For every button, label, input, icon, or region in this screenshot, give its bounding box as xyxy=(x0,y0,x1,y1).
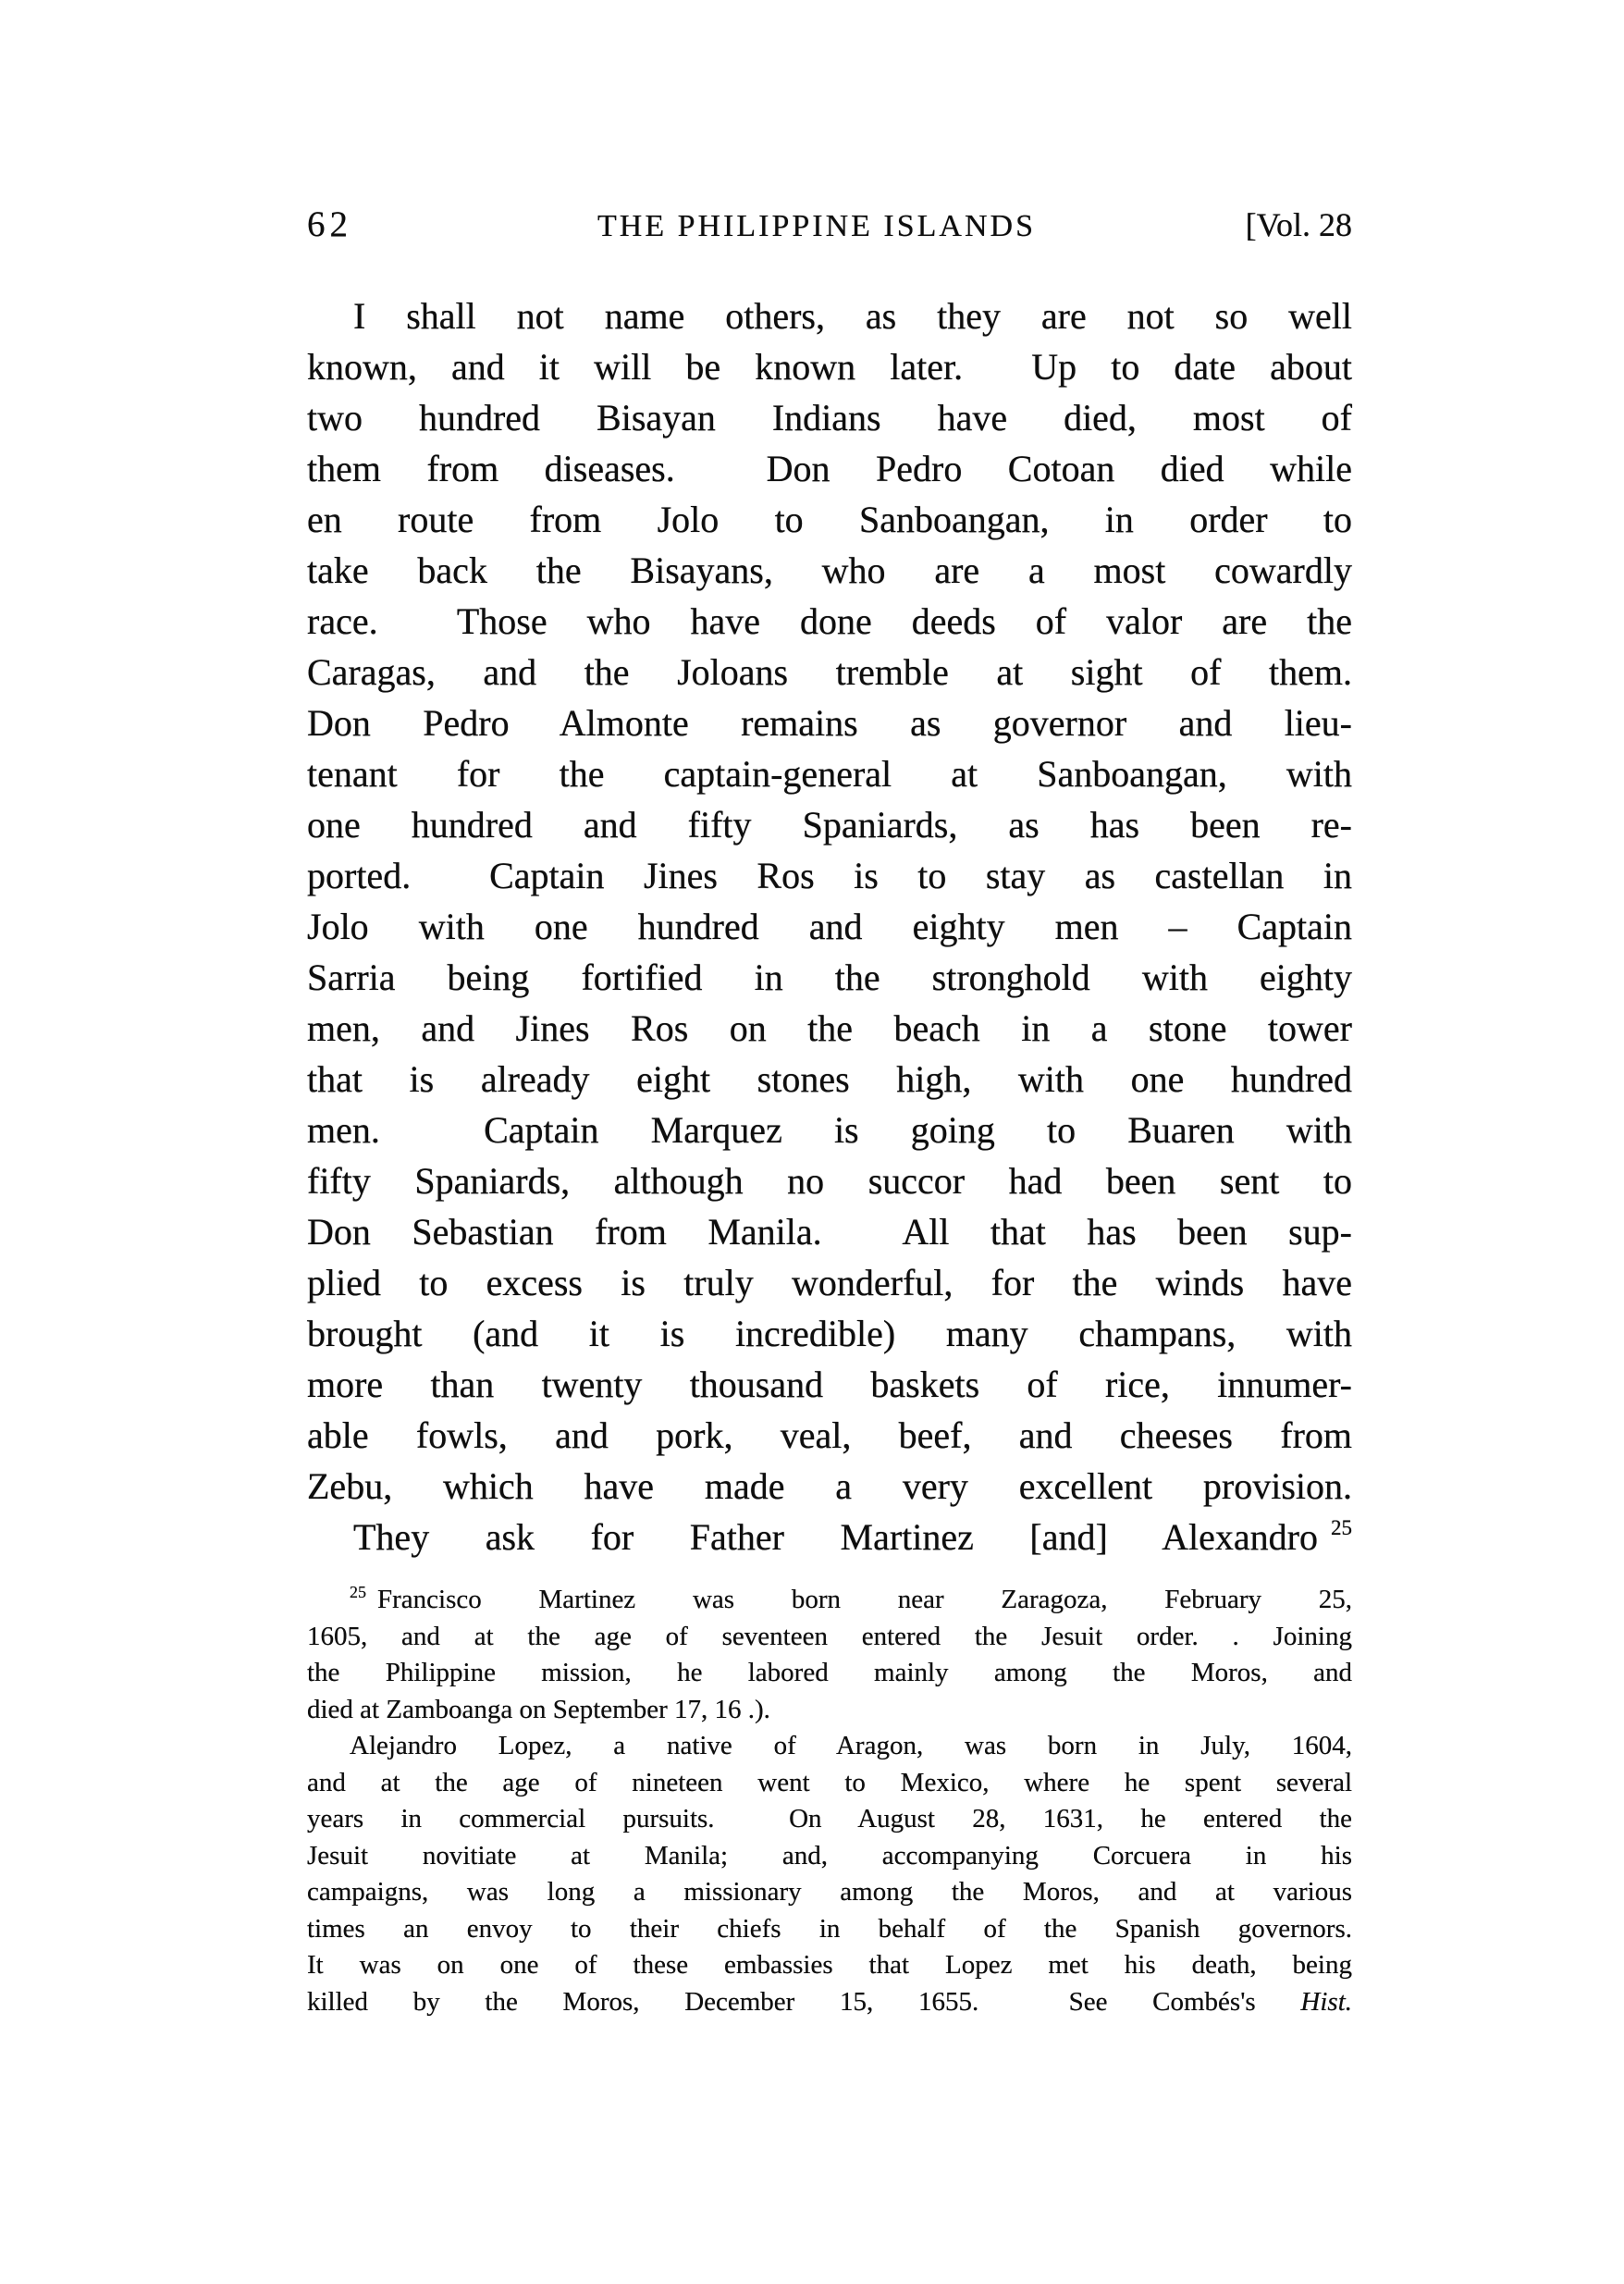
footnote-text-line: times an envoy to their chiefs in behalf… xyxy=(307,1911,1352,1948)
footnote-text-line: Jesuit novitiate at Manila; and, accompa… xyxy=(307,1838,1352,1875)
body-text-line: fifty Spaniards, although no succor had … xyxy=(307,1155,1352,1206)
body-paragraph-2-text: They ask for Father Martinez [and] Alexa… xyxy=(353,1516,1318,1558)
footnote-line-text: Francisco Martinez was born near Zaragoz… xyxy=(377,1585,1352,1614)
body-text-line: They ask for Father Martinez [and] Alexa… xyxy=(307,1512,1352,1562)
footnote-text-line: campaigns, was long a missionary among t… xyxy=(307,1874,1352,1911)
body-text-line: men. Captain Marquez is going to Buaren … xyxy=(307,1105,1352,1155)
text-block: 62 THE PHILIPPINE ISLANDS [Vol. 28 I sha… xyxy=(307,204,1352,2020)
footnote-hist-italic: Hist. xyxy=(1300,1987,1352,2017)
body-text-line: I shall not name others, as they are not… xyxy=(307,290,1352,341)
footnote-block: 25Francisco Martinez was born near Zarag… xyxy=(307,1582,1352,2020)
body-paragraph-1: I shall not name others, as they are not… xyxy=(307,290,1352,1512)
body-paragraph-2: They ask for Father Martinez [and] Alexa… xyxy=(307,1512,1352,1562)
body-text-line: that is already eight stones high, with … xyxy=(307,1054,1352,1105)
footnote-text-line: died at Zamboanga on September 17, 16 .)… xyxy=(307,1692,1352,1729)
footnote-paragraph-1: 25Francisco Martinez was born near Zarag… xyxy=(307,1582,1352,1728)
footnote-text-line: It was on one of these embassies that Lo… xyxy=(307,1947,1352,1984)
footnote-paragraph-2: Alejandro Lopez, a native of Aragon, was… xyxy=(307,1728,1352,2020)
body-text-line: Jolo with one hundred and eighty men – C… xyxy=(307,901,1352,952)
body-text-line: Don Sebastian from Manila. All that has … xyxy=(307,1206,1352,1257)
body-text-line: en route from Jolo to Sanboangan, in ord… xyxy=(307,494,1352,545)
footnote-text-line: the Philippine mission, he labored mainl… xyxy=(307,1655,1352,1692)
body-text-line: brought (and it is incredible) many cham… xyxy=(307,1308,1352,1359)
footnote-text-line: killed by the Moros, December 15, 1655. … xyxy=(307,1984,1352,2021)
footnote-text-line: 25Francisco Martinez was born near Zarag… xyxy=(307,1582,1352,1619)
body-text-line: Caragas, and the Joloans tremble at sigh… xyxy=(307,647,1352,698)
volume-label: [Vol. 28 xyxy=(1246,205,1352,244)
body-text-line: ported. Captain Jines Ros is to stay as … xyxy=(307,850,1352,901)
footnote-line-text: killed by the Moros, December 15, 1655. … xyxy=(307,1987,1300,2017)
footnote-text-line: years in commercial pursuits. On August … xyxy=(307,1801,1352,1838)
footnote-text-line: 1605, and at the age of seventeen entere… xyxy=(307,1619,1352,1656)
running-title: THE PHILIPPINE ISLANDS xyxy=(597,209,1036,244)
body-text-line: race. Those who have done deeds of valor… xyxy=(307,596,1352,647)
page-number: 62 xyxy=(307,204,352,245)
footnote-text-line: and at the age of nineteen went to Mexic… xyxy=(307,1765,1352,1802)
body-text-line: one hundred and fifty Spaniards, as has … xyxy=(307,799,1352,850)
body-text-line: able fowls, and pork, veal, beef, and ch… xyxy=(307,1410,1352,1461)
body-text-line: Don Pedro Almonte remains as governor an… xyxy=(307,698,1352,748)
body-text-line: known, and it will be known later. Up to… xyxy=(307,341,1352,392)
body-text-line: tenant for the captain-general at Sanboa… xyxy=(307,748,1352,799)
body-text-line: men, and Jines Ros on the beach in a sto… xyxy=(307,1003,1352,1054)
body-text-line: plied to excess is truly wonderful, for … xyxy=(307,1257,1352,1308)
body-text-line: Zebu, which have made a very excellent p… xyxy=(307,1461,1352,1512)
body-text-line: Sarria being fortified in the stronghold… xyxy=(307,952,1352,1003)
body-text: I shall not name others, as they are not… xyxy=(307,290,1352,1562)
footnote-text-line: Alejandro Lopez, a native of Aragon, was… xyxy=(307,1728,1352,1765)
book-page-scan: 62 THE PHILIPPINE ISLANDS [Vol. 28 I sha… xyxy=(0,0,1624,2284)
running-header: 62 THE PHILIPPINE ISLANDS [Vol. 28 xyxy=(307,204,1352,250)
body-text-line: more than twenty thousand baskets of ric… xyxy=(307,1359,1352,1410)
body-text-line: them from diseases. Don Pedro Cotoan die… xyxy=(307,443,1352,494)
body-text-line: take back the Bisayans, who are a most c… xyxy=(307,545,1352,596)
body-text-line: two hundred Bisayan Indians have died, m… xyxy=(307,392,1352,443)
